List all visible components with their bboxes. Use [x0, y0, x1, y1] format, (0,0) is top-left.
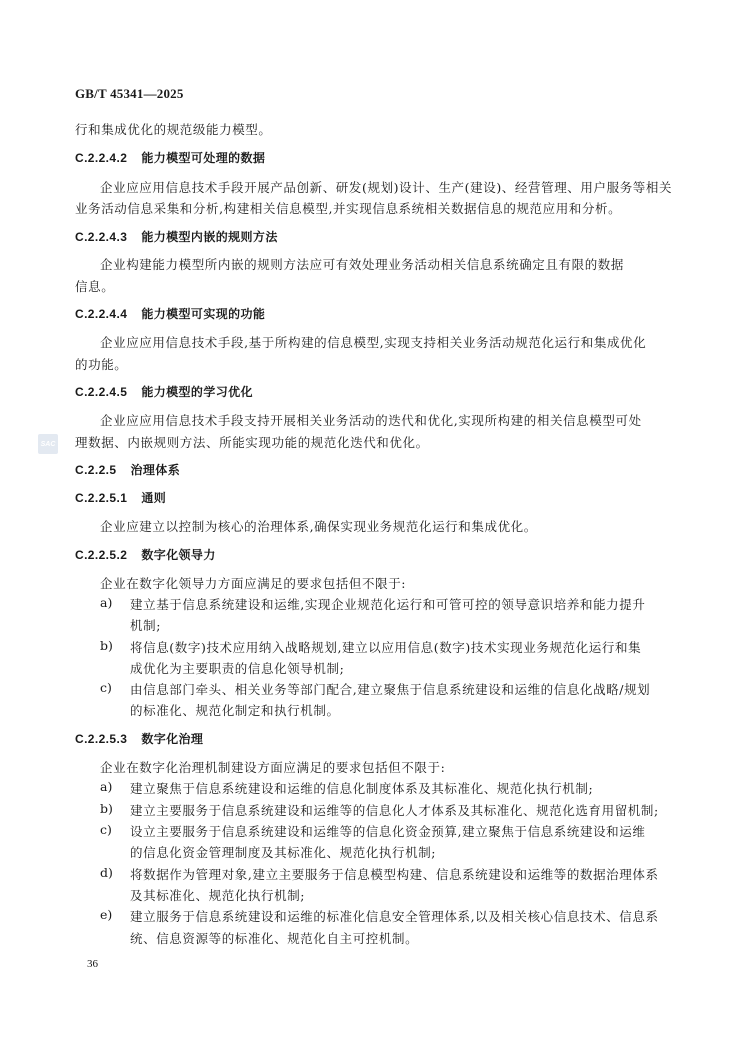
list-item-text: 由信息部门牵头、相关业务等部门配合,建立聚焦于信息系统建设和运维的信息化战略/规… [130, 680, 650, 698]
section-title: 通则 [141, 491, 166, 505]
list-item-text: 建立主要服务于信息系统建设和运维等的信息化人才体系及其标准化、规范化选育用留机制… [130, 801, 659, 819]
section-title: 数字化领导力 [141, 548, 215, 562]
list-item-label: b) [100, 638, 113, 653]
list-item-continuation: 成优化为主要职责的信息化领导机制; [130, 659, 344, 677]
list-item-continuation: 及其标准化、规范化执行机制; [130, 886, 305, 904]
section-heading: C.2.2.4.2能力模型可处理的数据 [75, 149, 265, 166]
list-item-text: 将信息(数字)技术应用纳入战略规划,建立以应用信息(数字)技术实现业务规范化运行… [130, 638, 641, 656]
paragraph-line: 企业应应用信息技术手段支持开展相关业务活动的迭代和优化,实现所构建的相关信息模型… [100, 411, 642, 429]
list-item-continuation: 的信息化资金管理制度及其标准化、规范化执行机制; [130, 843, 436, 861]
section-heading: C.2.2.5.2数字化领导力 [75, 546, 216, 563]
list-item-continuation: 统、信息资源等的标准化、规范化自主可控机制。 [130, 929, 418, 947]
section-heading: C.2.2.4.4能力模型可实现的功能 [75, 305, 265, 322]
section-number: C.2.2.4.2 [75, 151, 127, 165]
section-heading: C.2.2.5.3数字化治理 [75, 730, 203, 747]
list-item-text: 设立主要服务于信息系统建设和运维等的信息化资金预算,建立聚焦于信息系统建设和运维 [130, 822, 645, 840]
list-item-text: 建立服务于信息系统建设和运维的标准化信息安全管理体系,以及相关核心信息技术、信息… [130, 907, 659, 925]
section-number: C.2.2.4.3 [75, 230, 127, 244]
list-item-text: 建立聚焦于信息系统建设和运维的信息化制度体系及其标准化、规范化执行机制; [130, 779, 593, 797]
section-number: C.2.2.5.1 [75, 491, 127, 505]
sac-watermark-icon: SAC [38, 434, 58, 454]
section-title: 能力模型的学习优化 [141, 385, 253, 399]
paragraph-line: 的功能。 [75, 355, 127, 373]
list-item-label: c) [100, 680, 112, 695]
paragraph-line: 行和集成优化的规范级能力模型。 [75, 120, 272, 138]
list-item-continuation: 机制; [130, 616, 161, 634]
section-number: C.2.2.5.2 [75, 548, 127, 562]
section-heading: C.2.2.4.5能力模型的学习优化 [75, 383, 253, 400]
list-item-label: c) [100, 822, 112, 837]
paragraph-line: 业务活动信息采集和分析,构建相关信息模型,并实现信息系统相关数据信息的规范应用和… [75, 199, 621, 217]
section-number: C.2.2.5 [75, 463, 117, 477]
list-item-label: a) [100, 779, 112, 794]
document-page: GB/T 45341—2025 SAC 行和集成优化的规范级能力模型。C.2.2… [0, 0, 731, 1037]
section-number: C.2.2.5.3 [75, 732, 127, 746]
section-title: 能力模型内嵌的规则方法 [141, 230, 277, 244]
list-item-text: 将数据作为管理对象,建立主要服务于信息模型构建、信息系统建设和运维等的数据治理体… [130, 865, 659, 883]
paragraph-line: 企业构建能力模型所内嵌的规则方法应可有效处理业务活动相关信息系统确定且有限的数据 [100, 255, 624, 273]
list-item-label: e) [100, 907, 112, 922]
section-title: 数字化治理 [141, 732, 203, 746]
standard-code: GB/T 45341—2025 [75, 86, 184, 102]
paragraph-line: 理数据、内嵌规则方法、所能实现功能的规范化迭代和优化。 [75, 433, 429, 451]
section-title: 能力模型可处理的数据 [141, 151, 265, 165]
paragraph-line: 企业在数字化领导力方面应满足的要求包括但不限于: [100, 574, 406, 592]
list-item-text: 建立基于信息系统建设和运维,实现企业规范化运行和可管可控的领导意识培养和能力提升 [130, 595, 645, 613]
section-number: C.2.2.4.4 [75, 307, 127, 321]
list-item-label: d) [100, 865, 113, 880]
section-heading: C.2.2.5.1通则 [75, 489, 166, 506]
list-item-continuation: 的标准化、规范化制定和执行机制。 [130, 701, 340, 719]
section-title: 能力模型可实现的功能 [141, 307, 265, 321]
paragraph-line: 信息。 [75, 277, 114, 295]
page-number: 36 [87, 958, 98, 970]
section-title: 治理体系 [131, 463, 181, 477]
section-number: C.2.2.4.5 [75, 385, 127, 399]
list-item-label: b) [100, 801, 113, 816]
paragraph-line: 企业在数字化治理机制建设方面应满足的要求包括但不限于: [100, 758, 445, 776]
paragraph-line: 企业应建立以控制为核心的治理体系,确保实现业务规范化运行和集成优化。 [100, 517, 537, 535]
section-heading: C.2.2.5治理体系 [75, 461, 180, 478]
list-item-label: a) [100, 595, 112, 610]
section-heading: C.2.2.4.3能力模型内嵌的规则方法 [75, 228, 278, 245]
paragraph-line: 企业应应用信息技术手段开展产品创新、研发(规划)设计、生产(建设)、经营管理、用… [100, 178, 672, 196]
paragraph-line: 企业应应用信息技术手段,基于所构建的信息模型,实现支持相关业务活动规范化运行和集… [100, 333, 646, 351]
